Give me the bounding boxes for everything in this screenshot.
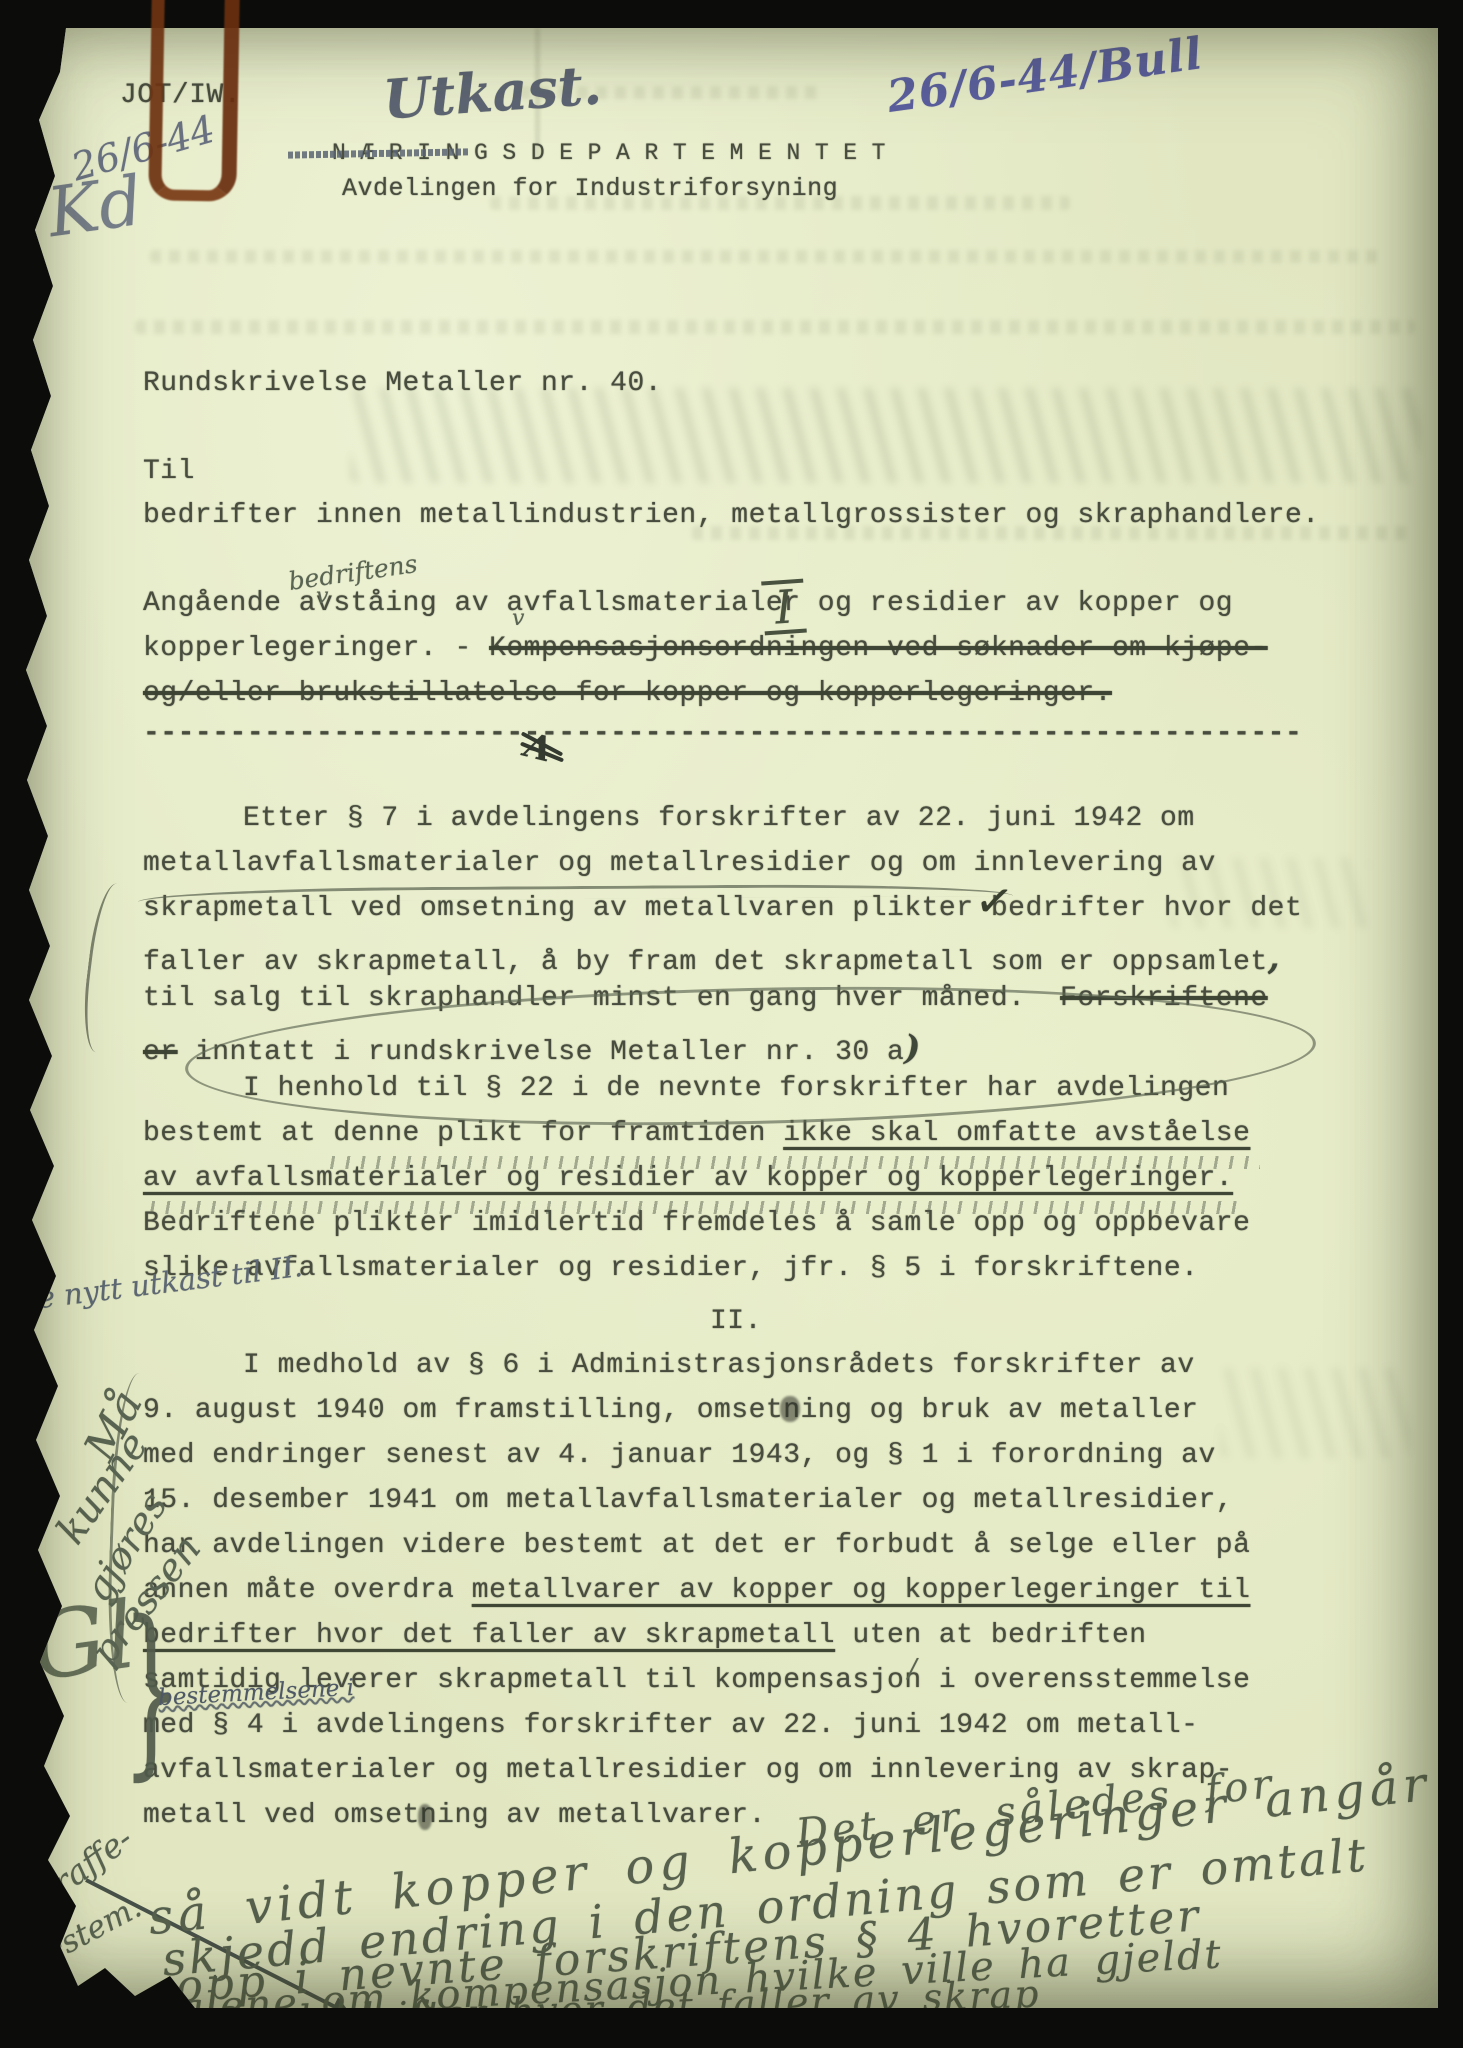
section-i-glyph: I [761, 579, 807, 636]
section-i-mark: I [675, 526, 805, 688]
struck-text: er [143, 1037, 178, 1068]
typed-line: I medhold av § 6 i Administrasjonsrådets… [243, 1350, 1195, 1381]
typed-text: Avdelingen for Industriforsyning [342, 174, 838, 203]
margin-letter-i: i [20, 1633, 32, 1674]
typed-text: 9. august 1940 om framstilling, omsetnin… [143, 1395, 1198, 1426]
typed-text: faller av skrapmetall, å by fram det skr… [143, 947, 1268, 978]
typed-text: metallavfallsmaterialer og metallresidie… [143, 848, 1216, 879]
draft-label: Utkast. [381, 52, 604, 131]
typed-text: II. [710, 1306, 762, 1337]
handwritten-mark: , [1268, 938, 1280, 978]
typed-line: 15. desember 1941 om metallavfallsmateri… [143, 1485, 1233, 1516]
typed-text: 15. desember 1941 om metallavfallsmateri… [143, 1485, 1233, 1516]
pencil-curve-left [78, 881, 135, 1054]
typed-text: ----------------------------------------… [143, 718, 1302, 749]
margin-bestem: bestem. [21, 1889, 148, 1979]
handwritten-initials: Kd [43, 162, 147, 253]
underlined-text: ikke skal omfatte avståelse [783, 1118, 1250, 1149]
typed-line: og/eller brukstillatelse for kopper og k… [143, 678, 1112, 709]
typed-text: I medhold av § 6 i Administrasjonsrådets… [243, 1350, 1195, 1381]
typed-line: bedrifter hvor det faller av skrapmetall… [143, 1620, 1147, 1651]
department-subtitle: Avdelingen for Industriforsyning [342, 174, 838, 203]
typed-text: har avdelingen videre bestemt at det er … [143, 1530, 1250, 1561]
handwritten-date-signature: 26/6-44/Bull [884, 28, 1206, 123]
typed-line: med endringer senest av 4. januar 1943, … [143, 1440, 1216, 1471]
struck-text: Kompensasjonsordningen ved søknader om k… [489, 633, 1268, 664]
typed-text: kopperlegeringer. - [143, 633, 489, 664]
struck-text: og/eller brukstillatelse for kopper og k… [143, 678, 1112, 709]
bleedthrough-text [150, 250, 1380, 263]
underlined-text: metallvarer av kopper og kopperlegeringe… [472, 1575, 1251, 1606]
handwritten-underline-ticks [320, 1156, 1260, 1169]
typed-text: Etter § 7 i avdelingens forskrifter av 2… [243, 803, 1195, 834]
typed-line: med § 4 i avdelingens forskrifter av 22.… [143, 1710, 1198, 1741]
underlined-text: bedrifter hvor det faller av skrapmetall [143, 1620, 835, 1651]
typed-text: Til [143, 456, 195, 487]
document-page: JOT/IW.N Æ R I N G S D E P A R T E M E N… [20, 28, 1438, 2008]
caret-mark: v [512, 606, 524, 631]
scan-background: JOT/IW.N Æ R I N G S D E P A R T E M E N… [0, 0, 1463, 2048]
accent-mark: ∕ [908, 1654, 917, 1684]
typed-text: Rundskrivelse Metaller nr. 40. [143, 368, 662, 399]
typed-text: med § 4 i avdelingens forskrifter av 22.… [143, 1710, 1198, 1741]
bleedthrough-handwriting [1220, 1368, 1410, 1458]
ink-blot [780, 1396, 800, 1422]
handwritten-underline-ticks [140, 1201, 1245, 1214]
caret-mark: v [316, 584, 328, 609]
typed-text: annen måte overdra [143, 1575, 472, 1606]
typed-line: har avdelingen videre bestemt at det er … [143, 1530, 1250, 1561]
ink-blot [418, 1804, 432, 1830]
checkmark-annotation: ✓ [971, 872, 1017, 931]
typed-text: uten at bedriften [835, 1620, 1146, 1651]
rust-paperclip-stain [148, 0, 240, 202]
typed-text: med endringer senest av 4. januar 1943, … [143, 1440, 1216, 1471]
circular-title: Rundskrivelse Metaller nr. 40. [143, 368, 662, 399]
bleedthrough-text [135, 320, 1415, 334]
crossed-out-mark: A [525, 728, 551, 768]
typed-line: 9. august 1940 om framstilling, omsetnin… [143, 1395, 1198, 1426]
typed-text: metall ved omsetning av metallvarer. [143, 1800, 766, 1831]
typed-line: faller av skrapmetall, å by fram det skr… [143, 938, 1280, 978]
typed-line: annen måte overdra metallvarer av kopper… [143, 1575, 1250, 1606]
typed-line: metall ved omsetning av metallvarer. [143, 1800, 766, 1831]
typed-line: metallavfallsmaterialer og metallresidie… [143, 848, 1216, 879]
typed-line: Etter § 7 i avdelingens forskrifter av 2… [243, 803, 1195, 834]
typed-line: Til [143, 456, 195, 487]
bleedthrough-handwriting [350, 388, 1420, 483]
section-ii-heading: II. [710, 1306, 762, 1337]
divider-dashes: ----------------------------------------… [143, 718, 1302, 749]
